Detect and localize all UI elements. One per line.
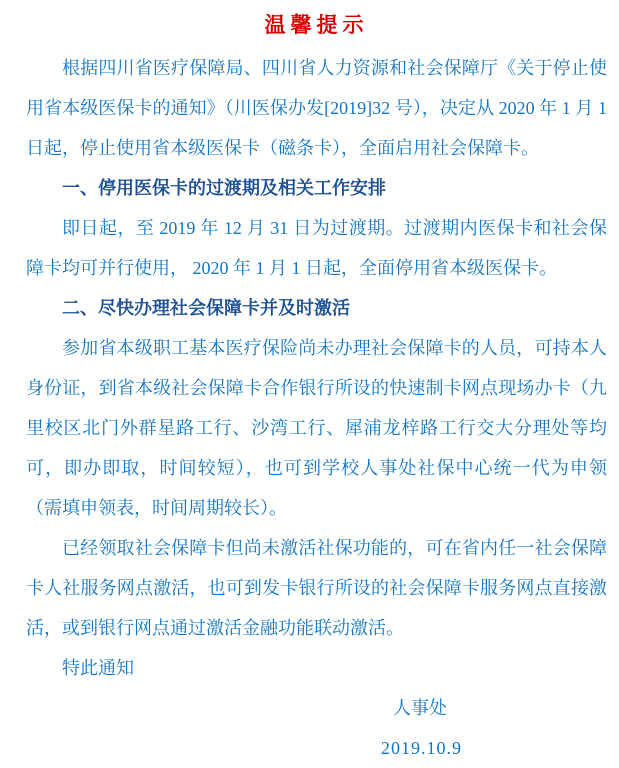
closing-line: 特此通知 [26, 648, 607, 688]
intro-paragraph: 根据四川省医疗保障局、四川省人力资源和社会保障厅《关于停止使用省本级医保卡的通知… [26, 48, 607, 168]
signature-department: 人事处 [26, 688, 607, 728]
section-2-body-2: 已经领取社会保障卡但尚未激活社保功能的，可在省内任一社会保障卡人社服务网点激活，… [26, 528, 607, 648]
signature-date: 2019.10.9 [26, 728, 607, 768]
section-2-body-1: 参加省本级职工基本医疗保险尚未办理社会保障卡的人员，可持本人身份证，到省本级社会… [26, 328, 607, 528]
section-1-heading: 一、停用医保卡的过渡期及相关工作安排 [26, 168, 607, 208]
notice-title: 温馨提示 [26, 6, 607, 44]
notice-document: 温馨提示 根据四川省医疗保障局、四川省人力资源和社会保障厅《关于停止使用省本级医… [0, 0, 619, 768]
section-1-body: 即日起，至 2019 年 12 月 31 日为过渡期。过渡期内医保卡和社会保障卡… [26, 208, 607, 288]
section-2-heading: 二、尽快办理社会保障卡并及时激活 [26, 288, 607, 328]
